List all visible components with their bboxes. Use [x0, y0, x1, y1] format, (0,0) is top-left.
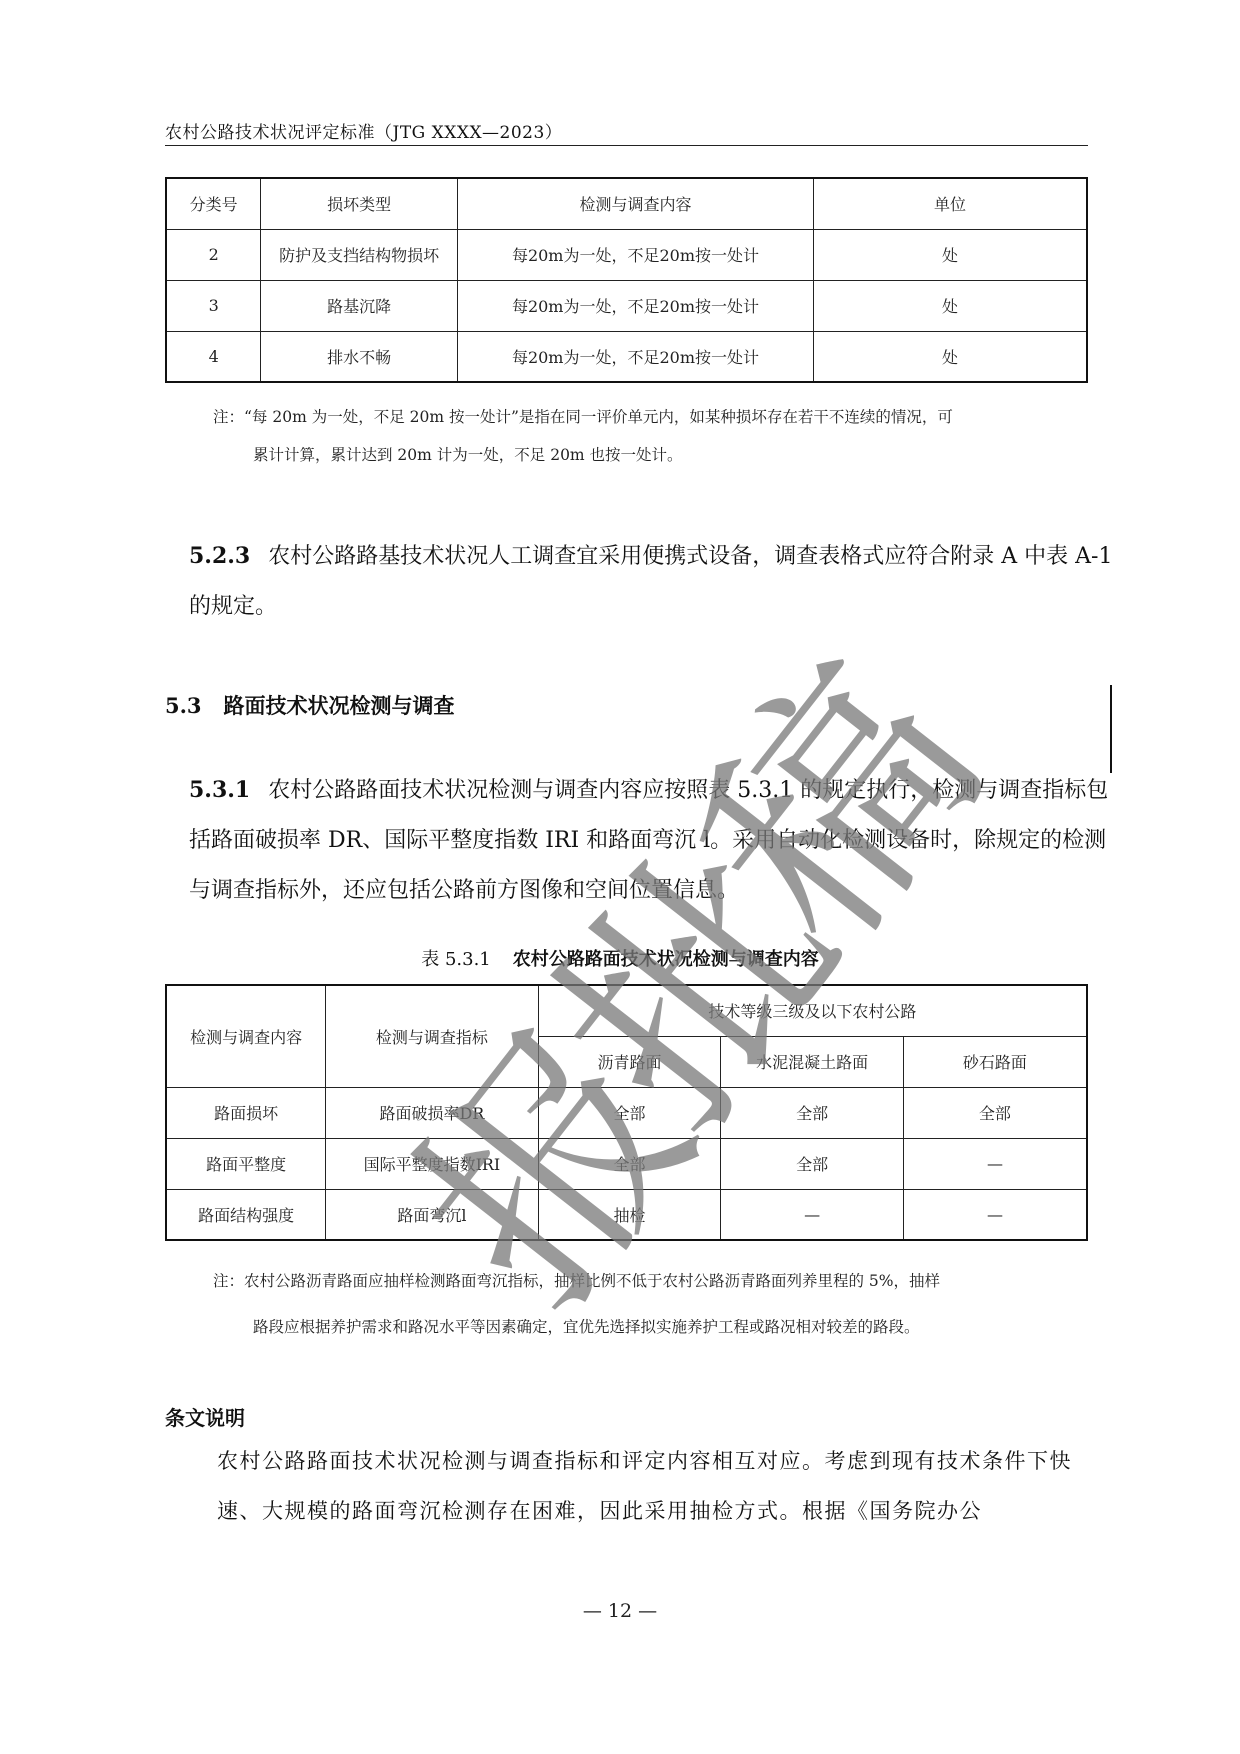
- page-number: — 12 —: [0, 1600, 1240, 1622]
- header-cell: 沥青路面: [538, 1036, 721, 1087]
- running-header: 农村公路技术状况评定标准（JTG XXXX—2023）: [165, 118, 562, 143]
- margin-change-bar: [1110, 685, 1112, 773]
- pavement-inspection-table: 检测与调查内容 检测与调查指标 技术等级三级及以下农村公路 沥青路面 水泥混凝土…: [165, 984, 1088, 1241]
- table1-note-line2: 累计计算，累计达到 20m 计为一处，不足 20m 也按一处计。: [253, 436, 683, 474]
- table-cell: 处: [814, 331, 1087, 382]
- header-cell: 分类号: [166, 178, 261, 229]
- table-header-row: 检测与调查内容 检测与调查指标 技术等级三级及以下农村公路: [166, 985, 1087, 1036]
- header-cell: 损坏类型: [261, 178, 458, 229]
- clause-number: 5.3.1: [189, 777, 250, 803]
- table-header-row: 分类号 损坏类型 检测与调查内容 单位: [166, 178, 1087, 229]
- header-rule: [165, 145, 1088, 146]
- clause-5-2-3: 5.2.3农村公路路基技术状况人工调查宜采用便携式设备，调查表格式应符合附录 A…: [165, 531, 1114, 632]
- section-title: 路面技术状况检测与调查: [224, 694, 455, 718]
- table-cell: 路面弯沉l: [326, 1189, 539, 1240]
- table-row: 路面结构强度 路面弯沉l 抽检 — —: [166, 1189, 1087, 1240]
- table-cell: —: [903, 1138, 1087, 1189]
- table-cell: 路面平整度: [166, 1138, 326, 1189]
- table-cell: 处: [814, 280, 1087, 331]
- table-row: 路面平整度 国际平整度指数IRI 全部 全部 —: [166, 1138, 1087, 1189]
- table-cell: 路面破损率DR: [326, 1087, 539, 1138]
- table-caption: 表 5.3.1农村公路路面技术状况检测与调查内容: [0, 945, 1240, 971]
- table-cell: 路面损坏: [166, 1087, 326, 1138]
- table-cell: 3: [166, 280, 261, 331]
- explanation-title: 条文说明: [165, 1402, 245, 1431]
- table2-note-line1: 注：农村公路沥青路面应抽样检测路面弯沉指标，抽样比例不低于农村公路沥青路面列养里…: [213, 1262, 940, 1300]
- table-cell: 全部: [538, 1138, 721, 1189]
- table-cell: 抽检: [538, 1189, 721, 1240]
- table-cell: 处: [814, 229, 1087, 280]
- header-cell: 水泥混凝土路面: [721, 1036, 904, 1087]
- table-cell: —: [903, 1189, 1087, 1240]
- table-row: 3 路基沉降 每20m为一处，不足20m按一处计 处: [166, 280, 1087, 331]
- table-cell: —: [721, 1189, 904, 1240]
- header-cell: 检测与调查内容: [457, 178, 813, 229]
- table1-note-line1: 注：“每 20m 为一处，不足 20m 按一处计”是指在同一评价单元内，如某种损…: [213, 398, 953, 436]
- clause-text: 农村公路路面技术状况检测与调查内容应按照表 5.3.1 的规定执行，检测与调查指…: [189, 778, 1108, 903]
- table-cell: 排水不畅: [261, 331, 458, 382]
- header-cell: 检测与调查指标: [326, 985, 539, 1087]
- subgrade-damage-table: 分类号 损坏类型 检测与调查内容 单位 2 防护及支挡结构物损坏 每20m为一处…: [165, 177, 1088, 383]
- table-cell: 全部: [538, 1087, 721, 1138]
- table-caption-number: 表 5.3.1: [421, 949, 491, 970]
- table2-note-line2: 路段应根据养护需求和路况水平等因素确定，宜优先选择拟实施养护工程或路况相对较差的…: [253, 1308, 920, 1346]
- table-cell: 国际平整度指数IRI: [326, 1138, 539, 1189]
- table-cell: 每20m为一处，不足20m按一处计: [457, 229, 813, 280]
- explanation-body: 农村公路路面技术状况检测与调查指标和评定内容相互对应。考虑到现有技术条件下快速、…: [165, 1436, 1090, 1536]
- clause-5-3-1: 5.3.1农村公路路面技术状况检测与调查内容应按照表 5.3.1 的规定执行，检…: [165, 765, 1114, 916]
- table-cell: 防护及支挡结构物损坏: [261, 229, 458, 280]
- clause-text: 农村公路路基技术状况人工调查宜采用便携式设备，调查表格式应符合附录 A 中表 A…: [189, 544, 1112, 619]
- table-cell: 路基沉降: [261, 280, 458, 331]
- table-cell: 全部: [721, 1138, 904, 1189]
- document-page: 农村公路技术状况评定标准（JTG XXXX—2023） 分类号 损坏类型 检测与…: [0, 0, 1240, 1754]
- table-cell: 每20m为一处，不足20m按一处计: [457, 331, 813, 382]
- table-cell: 每20m为一处，不足20m按一处计: [457, 280, 813, 331]
- table-cell: 全部: [903, 1087, 1087, 1138]
- header-cell: 砂石路面: [903, 1036, 1087, 1087]
- table-row: 4 排水不畅 每20m为一处，不足20m按一处计 处: [166, 331, 1087, 382]
- table-row: 路面损坏 路面破损率DR 全部 全部 全部: [166, 1087, 1087, 1138]
- table-cell: 2: [166, 229, 261, 280]
- section-heading: 5.3路面技术状况检测与调查: [165, 690, 455, 720]
- header-cell: 检测与调查内容: [166, 985, 326, 1087]
- header-cell: 单位: [814, 178, 1087, 229]
- table-cell: 路面结构强度: [166, 1189, 326, 1240]
- table-cell: 全部: [721, 1087, 904, 1138]
- table-cell: 4: [166, 331, 261, 382]
- section-number: 5.3: [165, 693, 202, 718]
- clause-number: 5.2.3: [189, 543, 250, 569]
- table-caption-title: 农村公路路面技术状况检测与调查内容: [513, 949, 819, 970]
- header-group-cell: 技术等级三级及以下农村公路: [538, 985, 1087, 1036]
- table-row: 2 防护及支挡结构物损坏 每20m为一处，不足20m按一处计 处: [166, 229, 1087, 280]
